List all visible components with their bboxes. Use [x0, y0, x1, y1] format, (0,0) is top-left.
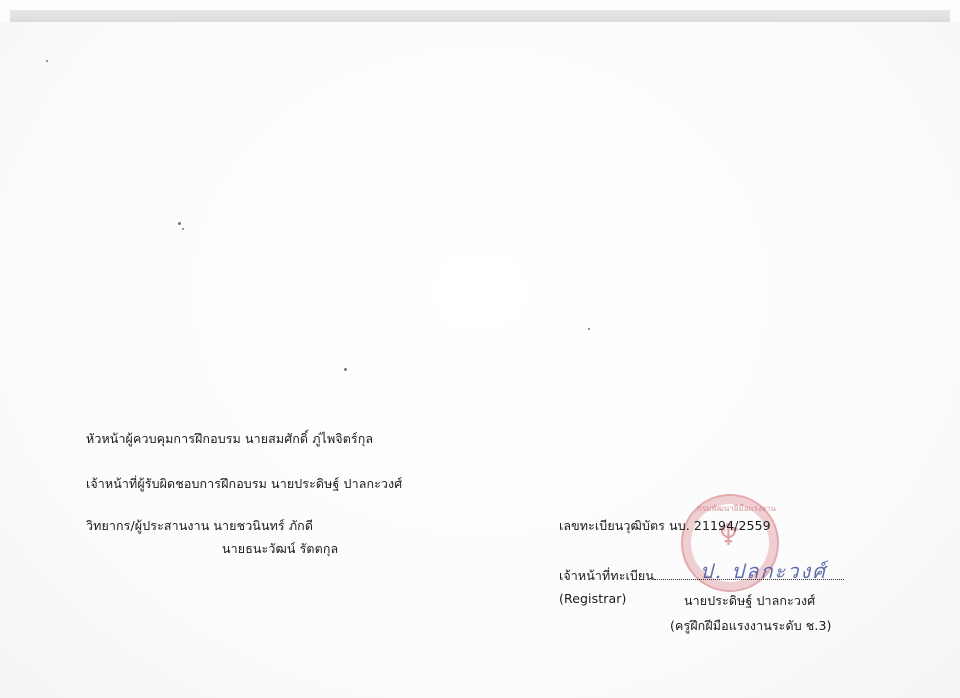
- instructor-coordinator-line: วิทยากร/ผู้ประสานงาน นายชวนินทร์ ภักดี: [86, 516, 313, 536]
- registrar-english-label: (Registrar): [559, 591, 626, 606]
- certificate-back-page: [0, 22, 960, 698]
- scan-speck: [344, 368, 347, 371]
- registration-number: 21194/2559: [694, 518, 771, 533]
- handwritten-signature: ป. ปลกะวงศ์: [700, 555, 827, 587]
- registrar-label: เจ้าหน้าที่ทะเบียน: [559, 568, 654, 583]
- stamp-text: กรมพัฒนาฝีมือแรงงาน: [697, 502, 776, 515]
- scan-speck: [182, 228, 184, 230]
- scan-speck: [588, 328, 590, 330]
- registrar-title: (ครูฝึกฝีมือแรงงานระดับ ช.3): [670, 616, 832, 636]
- instructor-second-name: นายธนะวัฒน์ รัตตกุล: [222, 539, 338, 559]
- scan-speck: [46, 60, 48, 62]
- registration-label: เลขทะเบียนวุฒิบัตร นบ.: [559, 518, 690, 533]
- training-officer-line: เจ้าหน้าที่ผู้รับผิดชอบการฝึกอบรม นายประ…: [86, 474, 402, 494]
- registrar-name: นายประดิษฐ์ ปาลกะวงศ์: [684, 591, 815, 611]
- scan-speck: [178, 222, 181, 225]
- registration-number-line: เลขทะเบียนวุฒิบัตร นบ. 21194/2559: [559, 516, 771, 536]
- training-supervisor-line: หัวหน้าผู้ควบคุมการฝึกอบรม นายสมศักดิ์ ภ…: [86, 429, 373, 449]
